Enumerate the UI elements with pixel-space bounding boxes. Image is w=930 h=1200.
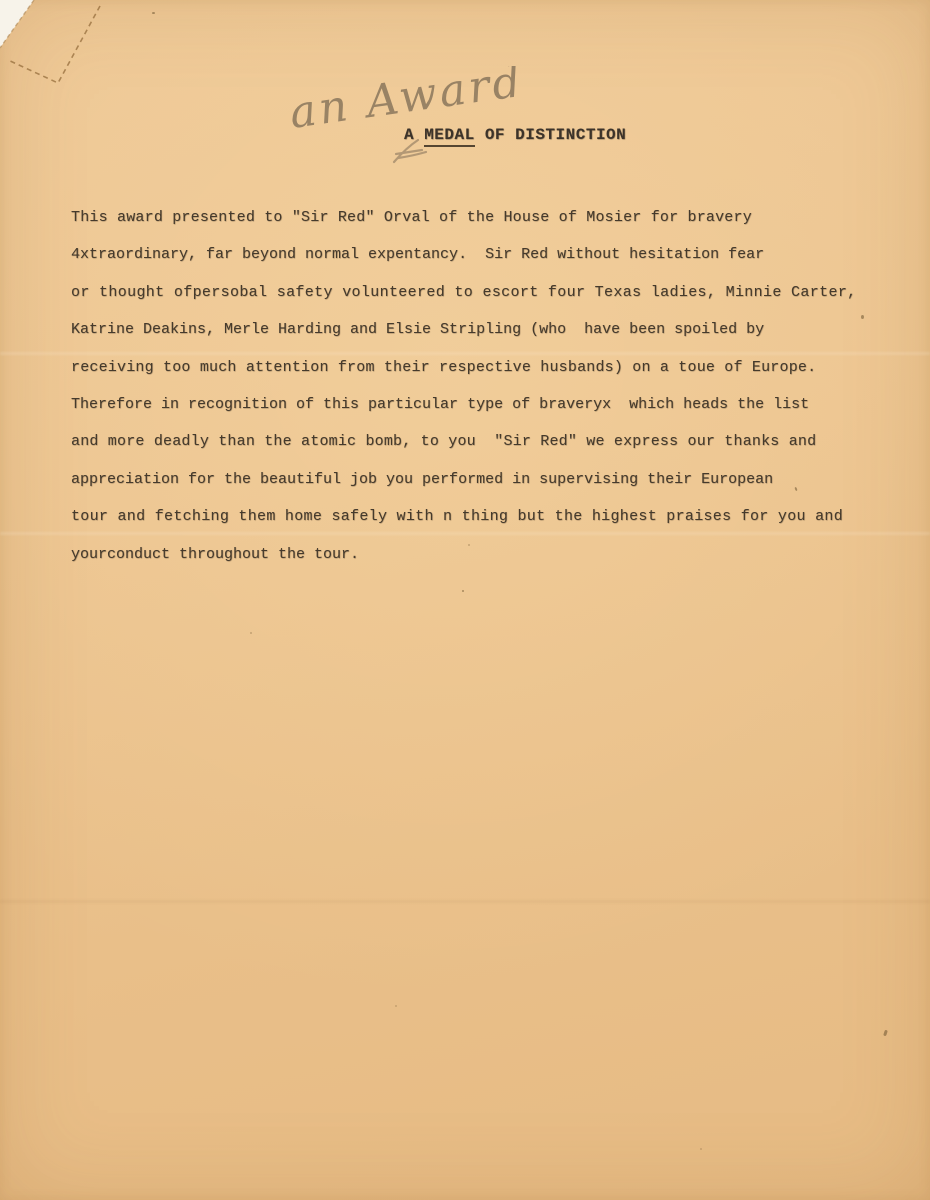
body-line: and more deadly than the atomic bomb, to… [71, 423, 857, 460]
torn-corner [0, 0, 130, 105]
paper-speck [152, 12, 155, 14]
document-body: This award presented to "Sir Red" Orval … [71, 199, 857, 573]
title-rest: OF DISTINCTION [475, 126, 627, 144]
document-page: an Award A MEDAL OF DISTINCTION This awa… [0, 0, 930, 1200]
paper-speck [861, 315, 864, 319]
body-line: or thought ofpersobal safety volunteered… [71, 274, 857, 311]
paper-speck [395, 1005, 397, 1007]
title-underlined-word: MEDAL [424, 126, 475, 147]
paper-speck [468, 544, 470, 546]
body-line: Katrine Deakins, Merle Harding and Elsie… [71, 311, 857, 348]
paper-speck [462, 590, 464, 592]
body-line: tour and fetching them home safely with … [71, 498, 857, 535]
body-line: Therefore in recognition of this particu… [71, 386, 857, 423]
body-line: 4xtraordinary, far beyond normal expenta… [71, 236, 857, 273]
paper-speck [883, 1030, 888, 1037]
body-line: This award presented to "Sir Red" Orval … [71, 199, 857, 236]
document-title: A MEDAL OF DISTINCTION [404, 126, 626, 144]
body-line: appreciation for the beautiful job you p… [71, 461, 857, 498]
title-prefix: A [404, 126, 424, 144]
scan-streak [0, 900, 930, 903]
body-line: receiving too much attention from their … [71, 349, 857, 386]
paper-speck [250, 632, 252, 634]
paper-speck [700, 1148, 702, 1150]
body-line: yourconduct throughout the tour. [71, 536, 857, 573]
